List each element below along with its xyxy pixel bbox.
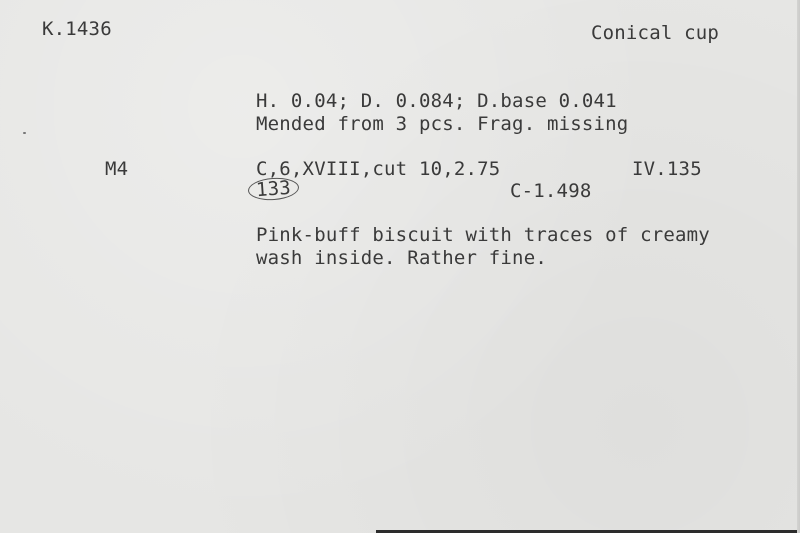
accession-number: K.1436 bbox=[42, 18, 112, 40]
dimensions: H. 0.04; D. 0.084; D.base 0.041 bbox=[256, 90, 617, 112]
description-line-2: wash inside. Rather fine. bbox=[256, 247, 547, 269]
grid-reference: M4 bbox=[105, 158, 128, 180]
circled-number: 133 bbox=[247, 176, 299, 201]
catalog-card: K.1436 Conical cup H. 0.04; D. 0.084; D.… bbox=[0, 0, 800, 533]
condition-note: Mended from 3 pcs. Frag. missing bbox=[256, 113, 628, 135]
object-type: Conical cup bbox=[591, 22, 719, 44]
paper-speck bbox=[23, 132, 26, 134]
description-line-1: Pink-buff biscuit with traces of creamy bbox=[256, 224, 710, 246]
findspot: C,6,XVIII,cut 10,2.75 bbox=[256, 158, 500, 180]
inventory-number: C-1.498 bbox=[510, 180, 591, 202]
plate-reference: IV.135 bbox=[632, 158, 702, 180]
